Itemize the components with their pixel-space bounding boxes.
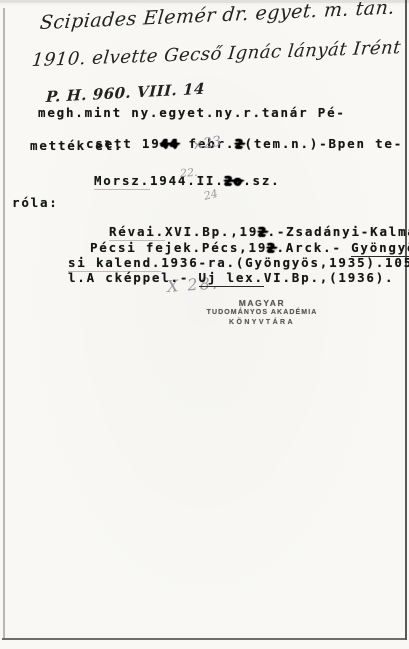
card-bottom-edge <box>2 638 405 640</box>
stamp-line-3: KÖNYVTÁRA <box>192 318 332 328</box>
references-heading: róla: <box>12 195 59 210</box>
card-right-edge <box>405 0 407 640</box>
library-stamp: MAGYAR TUDOMÁNYOS AKADÉMIA KÖNYVTÁRA <box>192 299 332 327</box>
card-left-edge <box>3 8 5 638</box>
handwritten-source-date-line: P. H. 960. VIII. 14 <box>46 80 206 106</box>
reference-line-uj-lex: l.A cképpel.- Uj lex.VI.Bp.,(1936). <box>12 255 394 300</box>
typed-text-segment: .sz. <box>243 173 280 188</box>
pencil-annotation-22: 22. <box>180 166 198 180</box>
handwritten-marriage-line: 1910. elvette Gecső Ignác lányát Irént <box>31 37 402 71</box>
typed-death-line-3: mették el. <box>30 138 123 153</box>
typed-text-segment: VI.Bp.,(1936). <box>264 270 395 285</box>
scanned-catalog-card-image: Scipiades Elemér dr. egyet. m. tan. 1910… <box>0 0 409 649</box>
typed-death-line-1: megh.mint ny.egyet.ny.r.tanár Pé- <box>38 105 346 120</box>
catalog-card: Scipiades Elemér dr. egyet. m. tan. 1910… <box>0 0 409 649</box>
overstruck-day-digit: 2 <box>235 136 244 151</box>
handwritten-name-line: Scipiades Elemér dr. egyet. m. tan. <box>39 0 396 34</box>
underlined-source-abbrev: Morsz. <box>94 173 150 190</box>
typed-text-segment: l.A cképpel.- <box>68 270 199 285</box>
underlined-reference-title: Uj lex. <box>199 270 264 287</box>
stamp-line-2: TUDOMÁNYOS AKADÉMIA <box>192 308 332 318</box>
typed-source-citation-line: Morsz.1944.II.2o.sz. <box>38 158 281 203</box>
overstruck-issue-number: 2o <box>225 173 244 188</box>
typed-text-segment: (tem.n.)-Bpen te- <box>245 136 404 151</box>
stamp-line-1: MAGYAR <box>192 299 332 308</box>
overstruck-year-digits: 44 <box>161 136 180 151</box>
